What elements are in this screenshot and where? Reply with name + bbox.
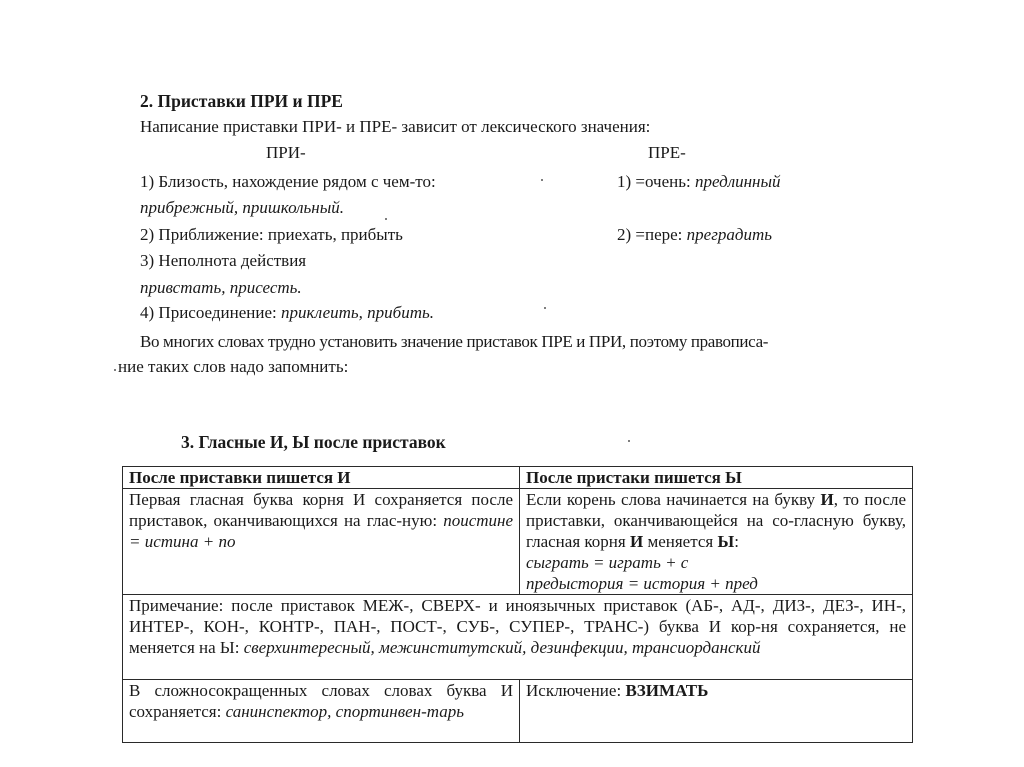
rule-y-text-a: Если корень слова начинается на букву	[526, 490, 820, 509]
scan-speck	[541, 179, 543, 181]
pre-column-label: ПРЕ-	[648, 143, 686, 163]
pri-item-2: 2) Приближение: приехать, прибыть	[140, 225, 403, 245]
section-2-intro: Написание приставки ПРИ- и ПРЕ- зависит …	[140, 117, 650, 137]
pre-item-1-text: 1) =очень:	[617, 172, 695, 191]
pre-item-1-examples: предлинный	[695, 172, 781, 191]
scan-speck	[385, 218, 387, 220]
note-examples: сверхинтересный, межинститутский, дезинф…	[244, 638, 761, 657]
table-row: Первая гласная буква корня И сохраняется…	[123, 489, 913, 595]
pri-item-1: 1) Близость, нахождение рядом с чем-то:	[140, 172, 436, 192]
rule-y-bold-c: Ы	[717, 532, 734, 551]
pri-item-1-examples: прибрежный, пришкольный.	[140, 198, 344, 218]
header-cell-y: После пристаки пишется Ы	[520, 467, 913, 489]
exception-word: ВЗИМАТЬ	[625, 681, 708, 700]
compound-words-cell: В сложносокращенных словах словах буква …	[123, 680, 520, 743]
table-row: В сложносокращенных словах словах буква …	[123, 680, 913, 743]
section-2-note-line-2: ние таких слов надо запомнить:	[118, 357, 348, 377]
pre-item-1: 1) =очень: предлинный	[617, 172, 781, 192]
exception-label: Исключение:	[526, 681, 625, 700]
section-2-heading: 2. Приставки ПРИ и ПРЕ	[140, 91, 343, 112]
rule-y-example-2: предыстория = история + пред	[526, 574, 758, 593]
pri-item-4-examples: приклеить, прибить.	[281, 303, 434, 322]
rule-y-text-d: :	[734, 532, 739, 551]
pre-item-2: 2) =пере: преградить	[617, 225, 772, 245]
rule-y-text-c: меняется	[643, 532, 717, 551]
pri-item-3-examples: привстать, присесть.	[140, 278, 302, 298]
scan-speck	[544, 307, 546, 309]
vowels-after-prefixes-table: После приставки пишется И После пристаки…	[122, 466, 913, 743]
note-cell: Примечание: после приставок МЕЖ-, СВЕРХ-…	[123, 595, 913, 680]
pre-item-2-text: 2) =пере:	[617, 225, 687, 244]
pri-item-3: 3) Неполнота действия	[140, 251, 306, 271]
exception-cell: Исключение: ВЗИМАТЬ	[520, 680, 913, 743]
pri-column-label: ПРИ-	[266, 143, 306, 163]
pri-item-4-text: 4) Присоединение:	[140, 303, 281, 322]
header-cell-i: После приставки пишется И	[123, 467, 520, 489]
rule-y-example-1: сыграть = играть + с	[526, 553, 688, 572]
scan-speck	[114, 369, 116, 371]
pri-item-4: 4) Присоединение: приклеить, прибить.	[140, 303, 434, 323]
rule-y-bold-a: И	[820, 490, 833, 509]
scan-speck	[628, 440, 630, 442]
compound-words-examples: санинспектор, спортинвен-тарь	[226, 702, 464, 721]
rule-y-bold-b: И	[630, 532, 643, 551]
pre-item-2-examples: преградить	[687, 225, 772, 244]
rule-y-cell: Если корень слова начинается на букву И,…	[520, 489, 913, 595]
section-2-note-line-1: Во многих словах трудно установить значе…	[140, 332, 768, 352]
table-row: Примечание: после приставок МЕЖ-, СВЕРХ-…	[123, 595, 913, 680]
table-header-row: После приставки пишется И После пристаки…	[123, 467, 913, 489]
rule-i-cell: Первая гласная буква корня И сохраняется…	[123, 489, 520, 595]
section-3-heading: 3. Гласные И, Ы после приставок	[181, 432, 446, 453]
